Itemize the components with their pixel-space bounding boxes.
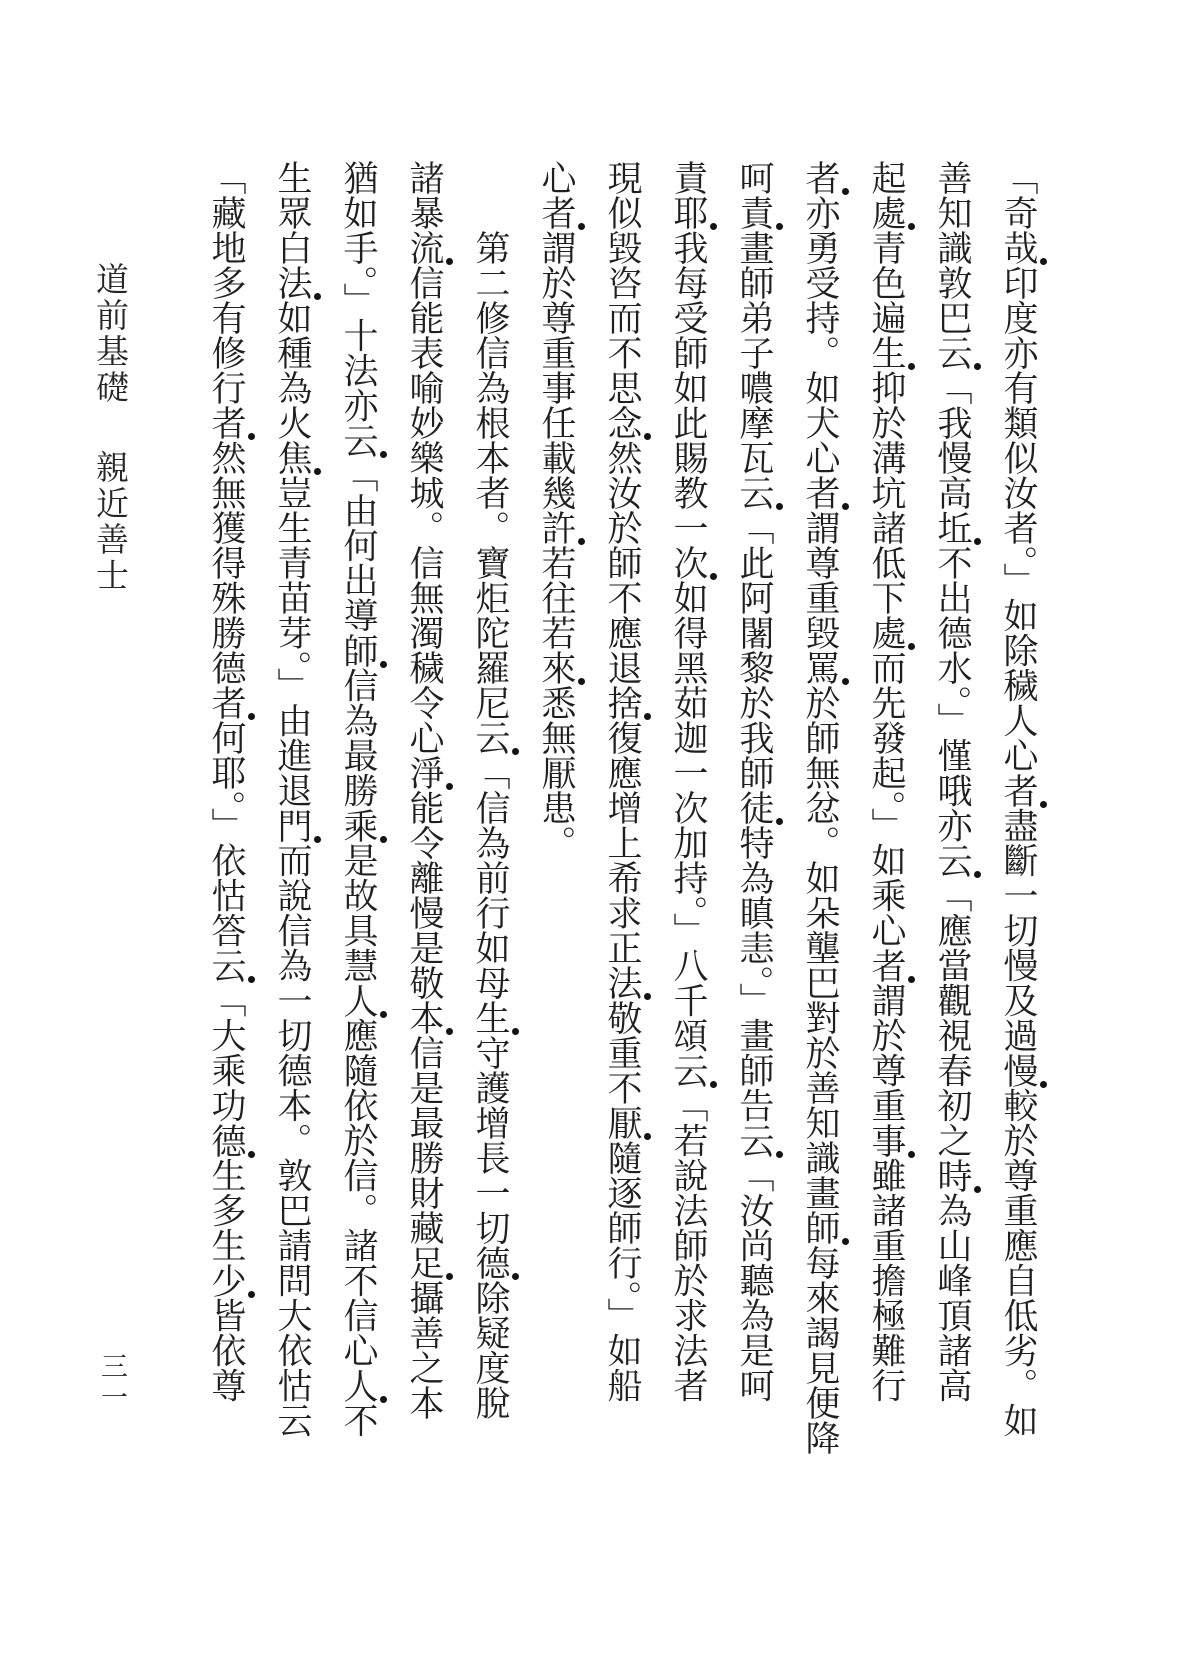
text-column: 呵責畫師弟子噥摩瓦云「此阿闍黎於我師徒特為瞋恚。」畫師告云「汝尚聽為是呵 [737, 160, 772, 1505]
book-page: 「奇哉印度亦有類似汝者。」如除穢人心者盡斷一切慢及過慢較於尊重應自低劣。如善知識… [0, 0, 1181, 1653]
emphasized-char: 罵 [801, 650, 840, 685]
text-column: 責耶我每受師如此賜教一次如得黑茹迦一次加持。」八千頌云「若說法師於求法者 [671, 160, 706, 1505]
emphasized-char: 云 [933, 843, 972, 878]
emphasized-char: 德 [471, 1245, 510, 1280]
emphasized-char: 生 [471, 1000, 510, 1035]
text-column: 猶如手。」十法亦云「由何出導師信為最勝乘是故具慧人應隨依於信。諸不信心人不 [341, 160, 376, 1505]
text-column: 生眾白法如種為火焦豈生青苗芽。」由進退門而說信為一切德本。敦巴請問大依怙云 [275, 160, 310, 1505]
emphasized-char: 云 [669, 1053, 708, 1088]
emphasized-char: 來 [537, 650, 576, 685]
emphasized-char: 處 [867, 195, 906, 230]
emphasized-char: 念 [603, 405, 642, 440]
emphasized-char: 足 [405, 1245, 444, 1280]
text-column: 心者謂於尊重事任載幾許若往若來悉無厭患。 [539, 160, 574, 1505]
emphasized-char: 者 [801, 160, 840, 195]
text-column: 者亦勇受持。如犬心者謂尊重毀罵於師無忿。如朵壟巴對於善知識畫師每來謁見便降 [803, 160, 838, 1505]
emphasized-char: 慢 [999, 1053, 1038, 1088]
emphasized-char: 者 [867, 948, 906, 983]
emphasized-char: 生 [867, 335, 906, 370]
emphasized-char: 少 [207, 1263, 246, 1298]
running-header: 道前基礎親近善士 [86, 262, 133, 594]
emphasized-char: 者 [801, 475, 840, 510]
emphasized-char: 德 [207, 1123, 246, 1158]
emphasized-char: 焦 [273, 440, 312, 475]
text-block: 「奇哉印度亦有類似汝者。」如除穢人心者盡斷一切慢及過慢較於尊重應自低劣。如善知識… [178, 160, 1036, 1505]
emphasized-char: 徒 [735, 790, 774, 825]
emphasized-char: 云 [933, 335, 972, 370]
emphasized-char: 哉 [999, 230, 1038, 265]
emphasized-char: 次 [669, 545, 708, 580]
emphasized-char: 師 [339, 633, 378, 668]
emphasized-char: 云 [339, 423, 378, 458]
emphasized-char: 云 [735, 475, 774, 510]
emphasized-char: 責 [735, 195, 774, 230]
emphasized-char: 云 [207, 948, 246, 983]
header-section-title: 道前基礎 [91, 262, 127, 406]
emphasized-char: 坵 [933, 510, 972, 545]
text-column: 諸暴流信能表喻妙樂城。信無濁穢令心淨能令離慢是敬本信是最勝財藏足攝善之本 [407, 160, 442, 1505]
emphasized-char: 厭 [603, 1105, 642, 1140]
emphasized-char: 時 [933, 1158, 972, 1193]
emphasized-char: 者 [207, 685, 246, 720]
text-column: 起處青色遍生抑於溝坑諸低下處而先發起。」如乘心者謂於尊重事雖諸重擔極難行 [869, 160, 904, 1505]
emphasized-char: 耶 [669, 195, 708, 230]
emphasized-char: 淨 [405, 755, 444, 790]
emphasized-char: 門 [273, 808, 312, 843]
emphasized-char: 處 [867, 615, 906, 650]
emphasized-char: 云 [735, 1123, 774, 1158]
emphasized-char: 法 [273, 265, 312, 300]
emphasized-char: 本 [405, 1000, 444, 1035]
emphasized-char: 許 [537, 510, 576, 545]
emphasized-char: 者 [537, 195, 576, 230]
text-column: 「奇哉印度亦有類似汝者。」如除穢人心者盡斷一切慢及過慢較於尊重應自低劣。如 [1001, 160, 1036, 1505]
emphasized-char: 人 [339, 983, 378, 1018]
emphasized-char: 流 [405, 230, 444, 265]
text-column: 第二修信為根本者。寶炬陀羅尼云「信為前行如母生守護增長一切德除疑度脫 [473, 160, 508, 1575]
emphasized-char: 人 [339, 1368, 378, 1403]
emphasized-char: 事 [867, 1123, 906, 1158]
text-column: 善知識敦巴云「我慢高坵不出德水。」慬哦亦云「應當觀視春初之時為山峰頂諸高 [935, 160, 970, 1505]
text-column: 「藏地多有修行者然無獲得殊勝德者何耶。」依怙答云「大乘功德生多生少皆依尊 [209, 160, 244, 1505]
emphasized-char: 法 [603, 965, 642, 1000]
emphasized-char: 云 [471, 720, 510, 755]
text-column: 現似毀咨而不思念然汝於師不應退捨復應增上希求正法敬重不厭隨逐師行。」如船 [605, 160, 640, 1505]
header-chapter-title: 親近善士 [91, 450, 127, 594]
emphasized-char: 乘 [339, 808, 378, 843]
emphasized-char: 捨 [603, 685, 642, 720]
page-number: 三一 [93, 1352, 132, 1414]
emphasized-char: 者 [999, 773, 1038, 808]
emphasized-char: 者 [207, 405, 246, 440]
emphasized-char: 師 [801, 1210, 840, 1245]
